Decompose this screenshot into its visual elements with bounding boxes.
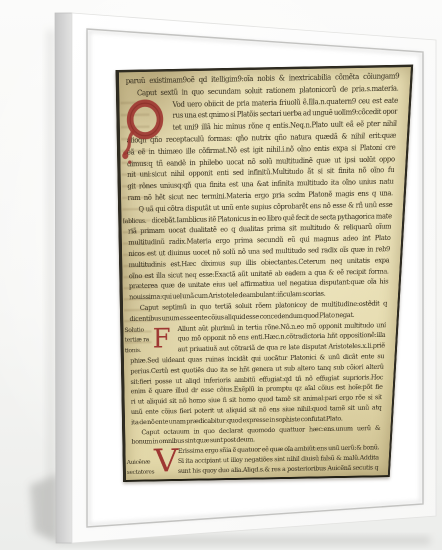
margin-note: tionis. — [125, 347, 153, 358]
margin-note: sectatores — [127, 468, 154, 478]
drop-cap-f: F — [153, 325, 171, 352]
framed-artwork-stage: F V paruũ existimam9oẽ qd itelligim9:oĩa… — [0, 0, 442, 550]
margin-note: tertiæ ra — [125, 336, 153, 347]
margin-note: Iablicus. — [123, 217, 152, 229]
drop-cap-v: V — [154, 446, 178, 477]
margin-note: Solutio — [124, 326, 152, 337]
artwork-scene: F V paruũ existimam9oẽ qd itelligim9:oĩa… — [0, 0, 442, 550]
page-photo: F V paruũ existimam9oẽ qd itelligim9:oĩa… — [116, 65, 414, 482]
margin-note: Auicẽnæ — [127, 458, 154, 468]
text-column: F V paruũ existimam9oẽ qd itelligim9:oĩa… — [126, 71, 400, 477]
red-ink-dot — [128, 160, 131, 164]
